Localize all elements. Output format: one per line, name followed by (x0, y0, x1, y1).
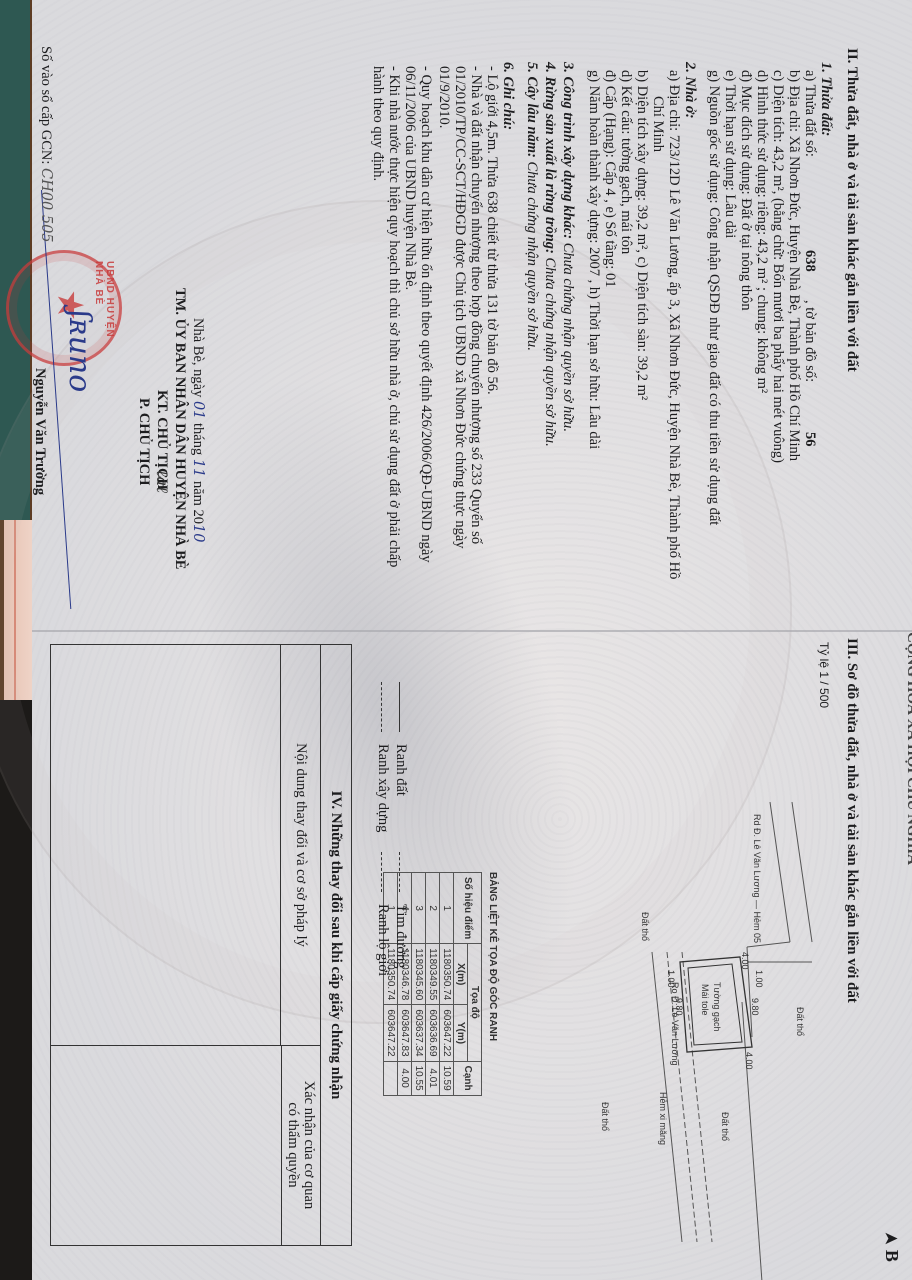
house-address: a) Địa chỉ: 723/12D Lê Văn Lương, ấp 3, … (665, 70, 682, 579)
coord-cell-edge: 10.59 (440, 1061, 454, 1095)
signing-day: 01 (190, 401, 206, 419)
signing-date: Nhà Bè, ngày 01 tháng 11 năm 2010 (189, 318, 206, 543)
signer-role-2: P. CHỦ TỊCH (135, 398, 152, 485)
coord-cell-edge: 4.01 (426, 1061, 440, 1095)
land-use-form: d) Hình thức sử dụng: riêng: 43,2 m² ; c… (753, 70, 770, 393)
changes-content-header: Nội dung thay đổi và cơ sở pháp lý (280, 645, 321, 1046)
parcel-diagram: Rd Đ. Lê Văn Lương — Hẻm 05 Ro Đ. Lê Văn… (512, 802, 852, 1280)
svg-text:Rd Đ. Lê Văn Lương — Hẻm 05: Rd Đ. Lê Văn Lương — Hẻm 05 (752, 814, 762, 943)
north-arrow-icon: ➤ (884, 1229, 897, 1249)
legend-dash-line (381, 682, 382, 732)
legend-label: Ranh lộ giới (374, 904, 391, 976)
other-works-label: 3. Công trình xây dựng khác: (560, 62, 576, 239)
col-edge: Cạnh (454, 1061, 482, 1095)
svg-text:9.80: 9.80 (750, 998, 760, 1016)
section-iii-iv-page: CỘNG HOÀ XÃ HỘI CHỦ NGHĨA III. Sơ đồ thử… (32, 632, 912, 1280)
signing-month: 11 (190, 459, 206, 477)
signer-name: Nguyễn Văn Trường (31, 368, 48, 495)
house-grade: đ) Cấp (Hạng): Cấp 4 , e) Số tầng: 01 (601, 70, 618, 287)
forest-value: Chưa chứng nhận quyền sở hữu. (542, 257, 558, 446)
registry-number: Số vào sổ cấp GCN: CH00 505 (37, 46, 54, 243)
house-address-cont: Chí Minh (649, 96, 666, 152)
coord-cell-edge: 10.55 (412, 1061, 426, 1095)
other-works: 3. Công trình xây dựng khác: Chưa chứng … (559, 62, 576, 432)
coord-cell-y: 603637.34 (412, 1005, 426, 1061)
map-sheet-label: , tờ bản đồ số: (801, 300, 818, 382)
land-use-certificate: II. Thửa đất, nhà ở và tài sản khác gắn … (32, 0, 912, 1280)
svg-text:9.80: 9.80 (674, 998, 684, 1016)
svg-text:4.00: 4.00 (740, 952, 750, 970)
coord-cell-y: 603647.22 (384, 1005, 398, 1061)
map-sheet-number: 56 (801, 432, 818, 447)
signing-year: 10 (190, 524, 206, 542)
parcel-number: 638 (801, 250, 818, 272)
land-heading: 1. Thửa đất: (817, 62, 834, 136)
coord-cell-point: 3 (412, 873, 426, 944)
coord-cell-x: 1180349.55 (426, 944, 440, 1005)
svg-text:Đất thổ: Đất thổ (795, 1007, 805, 1036)
svg-text:Đất thổ: Đất thổ (640, 912, 650, 941)
house-built-area: b) Diện tích xây dựng: 39,2 m², c) Diện … (633, 70, 650, 400)
col-y: Y(m) (454, 1005, 468, 1061)
parcel-label: a) Thửa đất số: (801, 70, 818, 157)
other-works-value: Chưa chứng nhận quyền sở hữu. (560, 243, 576, 432)
note-line: hành theo quy định. (369, 66, 386, 181)
coord-row: 21180349.55603636.694.01 (426, 873, 440, 1096)
note-line: 01/9/2010. (435, 66, 452, 128)
svg-text:Đất thổ: Đất thổ (600, 1102, 610, 1131)
notes-heading: 6. Ghi chú: (499, 62, 516, 130)
changes-confirm-header: Xác nhận của cơ quan có thẩm quyền (281, 1045, 321, 1245)
coord-table-title: BẢNG LIỆT KÊ TỌA ĐỘ GÓC RANH (487, 872, 498, 1041)
map-scale: Tỷ lệ 1 / 500 (815, 642, 832, 708)
forest: 4. Rừng sản xuất là rừng trồng: Chưa chứ… (541, 62, 558, 447)
coord-cell-y: 603647.22 (440, 1005, 454, 1061)
coord-cell-y: 603636.69 (426, 1005, 440, 1061)
land-origin: g) Nguồn gốc sử dụng: Công nhận QSDĐ như… (705, 70, 722, 525)
coord-cell-edge (384, 1061, 398, 1095)
perennial-label: 5. Cây lâu năm: (524, 62, 540, 158)
coord-cell-x: 1180345.60 (412, 944, 426, 1005)
perennial: 5. Cây lâu năm: Chưa chứng nhận quyền sở… (523, 62, 540, 351)
svg-text:Mái tole: Mái tole (700, 984, 710, 1016)
coord-cell-point: 2 (426, 873, 440, 944)
note-line: 01/2010/TP/CC-SCT/HĐGD được Chủ tịch UBN… (451, 66, 468, 549)
svg-text:Tường gạch: Tường gạch (712, 982, 722, 1031)
coord-cell-x: 1180350.74 (440, 944, 454, 1005)
legend-label: Ranh xây dựng (374, 744, 391, 832)
col-coord: Tọa độ (468, 944, 482, 1061)
coord-row: 11180350.74603647.2210.59 (440, 873, 454, 1096)
house-heading: 2. Nhà ở: (681, 62, 698, 119)
handwritten-signature: ʃʀuno (62, 310, 97, 392)
legend-solid-line (399, 682, 400, 732)
changes-table: IV. Những thay đổi sau khi cấp giấy chứn… (50, 644, 352, 1246)
legend-dash-line (399, 852, 400, 892)
initials-mark: ℓaℓ (152, 470, 172, 493)
legend-label: Tim đường (392, 904, 409, 969)
note-line: 06/11/2006 của UBND huyện Nhà Bè. (401, 66, 418, 290)
land-purpose: đ) Mục đích sử dụng: Đất ở tại nông thôn (737, 70, 754, 311)
forest-label: 4. Rừng sản xuất là rừng trồng: (542, 62, 558, 254)
perennial-value: Chưa chứng nhận quyền sở hữu. (524, 162, 540, 351)
background-teal-cloth (0, 0, 30, 520)
section-ii-title: II. Thửa đất, nhà ở và tài sản khác gắn … (843, 48, 860, 372)
note-line: - Quy hoạch khu dân cư hiện hữu ổn định … (417, 66, 434, 563)
signing-organization: TM. ỦY BAN NHÂN DÂN HUYỆN NHÀ BÈ (171, 288, 188, 569)
svg-text:1.00: 1.00 (666, 970, 676, 988)
section-ii-page: II. Thửa đất, nhà ở và tài sản khác gắn … (32, 0, 912, 630)
land-address: b) Địa chỉ: Xã Nhơn Đức, Huyện Nhà Bè, T… (785, 70, 802, 461)
note-line: - Lộ giới 4,5m. Thửa 638 chiết từ thửa 1… (483, 66, 500, 395)
note-line: - Nhà và đất nhận chuyển nhượng theo hợp… (467, 66, 484, 544)
svg-text:Đất thổ: Đất thổ (720, 1112, 730, 1141)
svg-text:Hẻm xi măng: Hẻm xi măng (658, 1092, 668, 1145)
legend-dash-line (381, 852, 382, 892)
note-line: - Khi nhà nước thực hiện quy hoạch thì c… (385, 66, 402, 567)
svg-text:1.00: 1.00 (754, 970, 764, 988)
coord-cell-y: 603647.83 (398, 1005, 412, 1061)
svg-text:4.00: 4.00 (744, 1052, 754, 1070)
house-year: g) Năm hoàn thành xây dựng: 2007 , h) Th… (585, 70, 602, 449)
house-structure: d) Kết cấu: tường gạch, mái tôn (617, 70, 634, 254)
north-compass: ➤ B (881, 1232, 902, 1262)
legend-label: Ranh đất (392, 744, 409, 796)
coord-cell-point: 1 (440, 873, 454, 944)
col-point: Số hiệu điểm (454, 873, 482, 944)
col-x: X(m) (454, 944, 468, 1005)
land-area: c) Diện tích: 43,2 m², (bằng chữ: Bốn mư… (769, 70, 786, 463)
coord-cell-edge: 4.00 (398, 1061, 412, 1095)
svg-text:Ro Đ. Lê Văn Lương: Ro Đ. Lê Văn Lương (670, 982, 680, 1065)
coord-row: 31180345.60603637.3410.55 (412, 873, 426, 1096)
changes-divider (51, 1045, 281, 1046)
land-term: e) Thời hạn sử dụng: Lâu dài (721, 70, 738, 238)
header-cutoff: CỘNG HOÀ XÃ HỘI CHỦ NGHĨA (903, 632, 912, 865)
section-iv-title: IV. Những thay đổi sau khi cấp giấy chứn… (320, 645, 351, 1245)
